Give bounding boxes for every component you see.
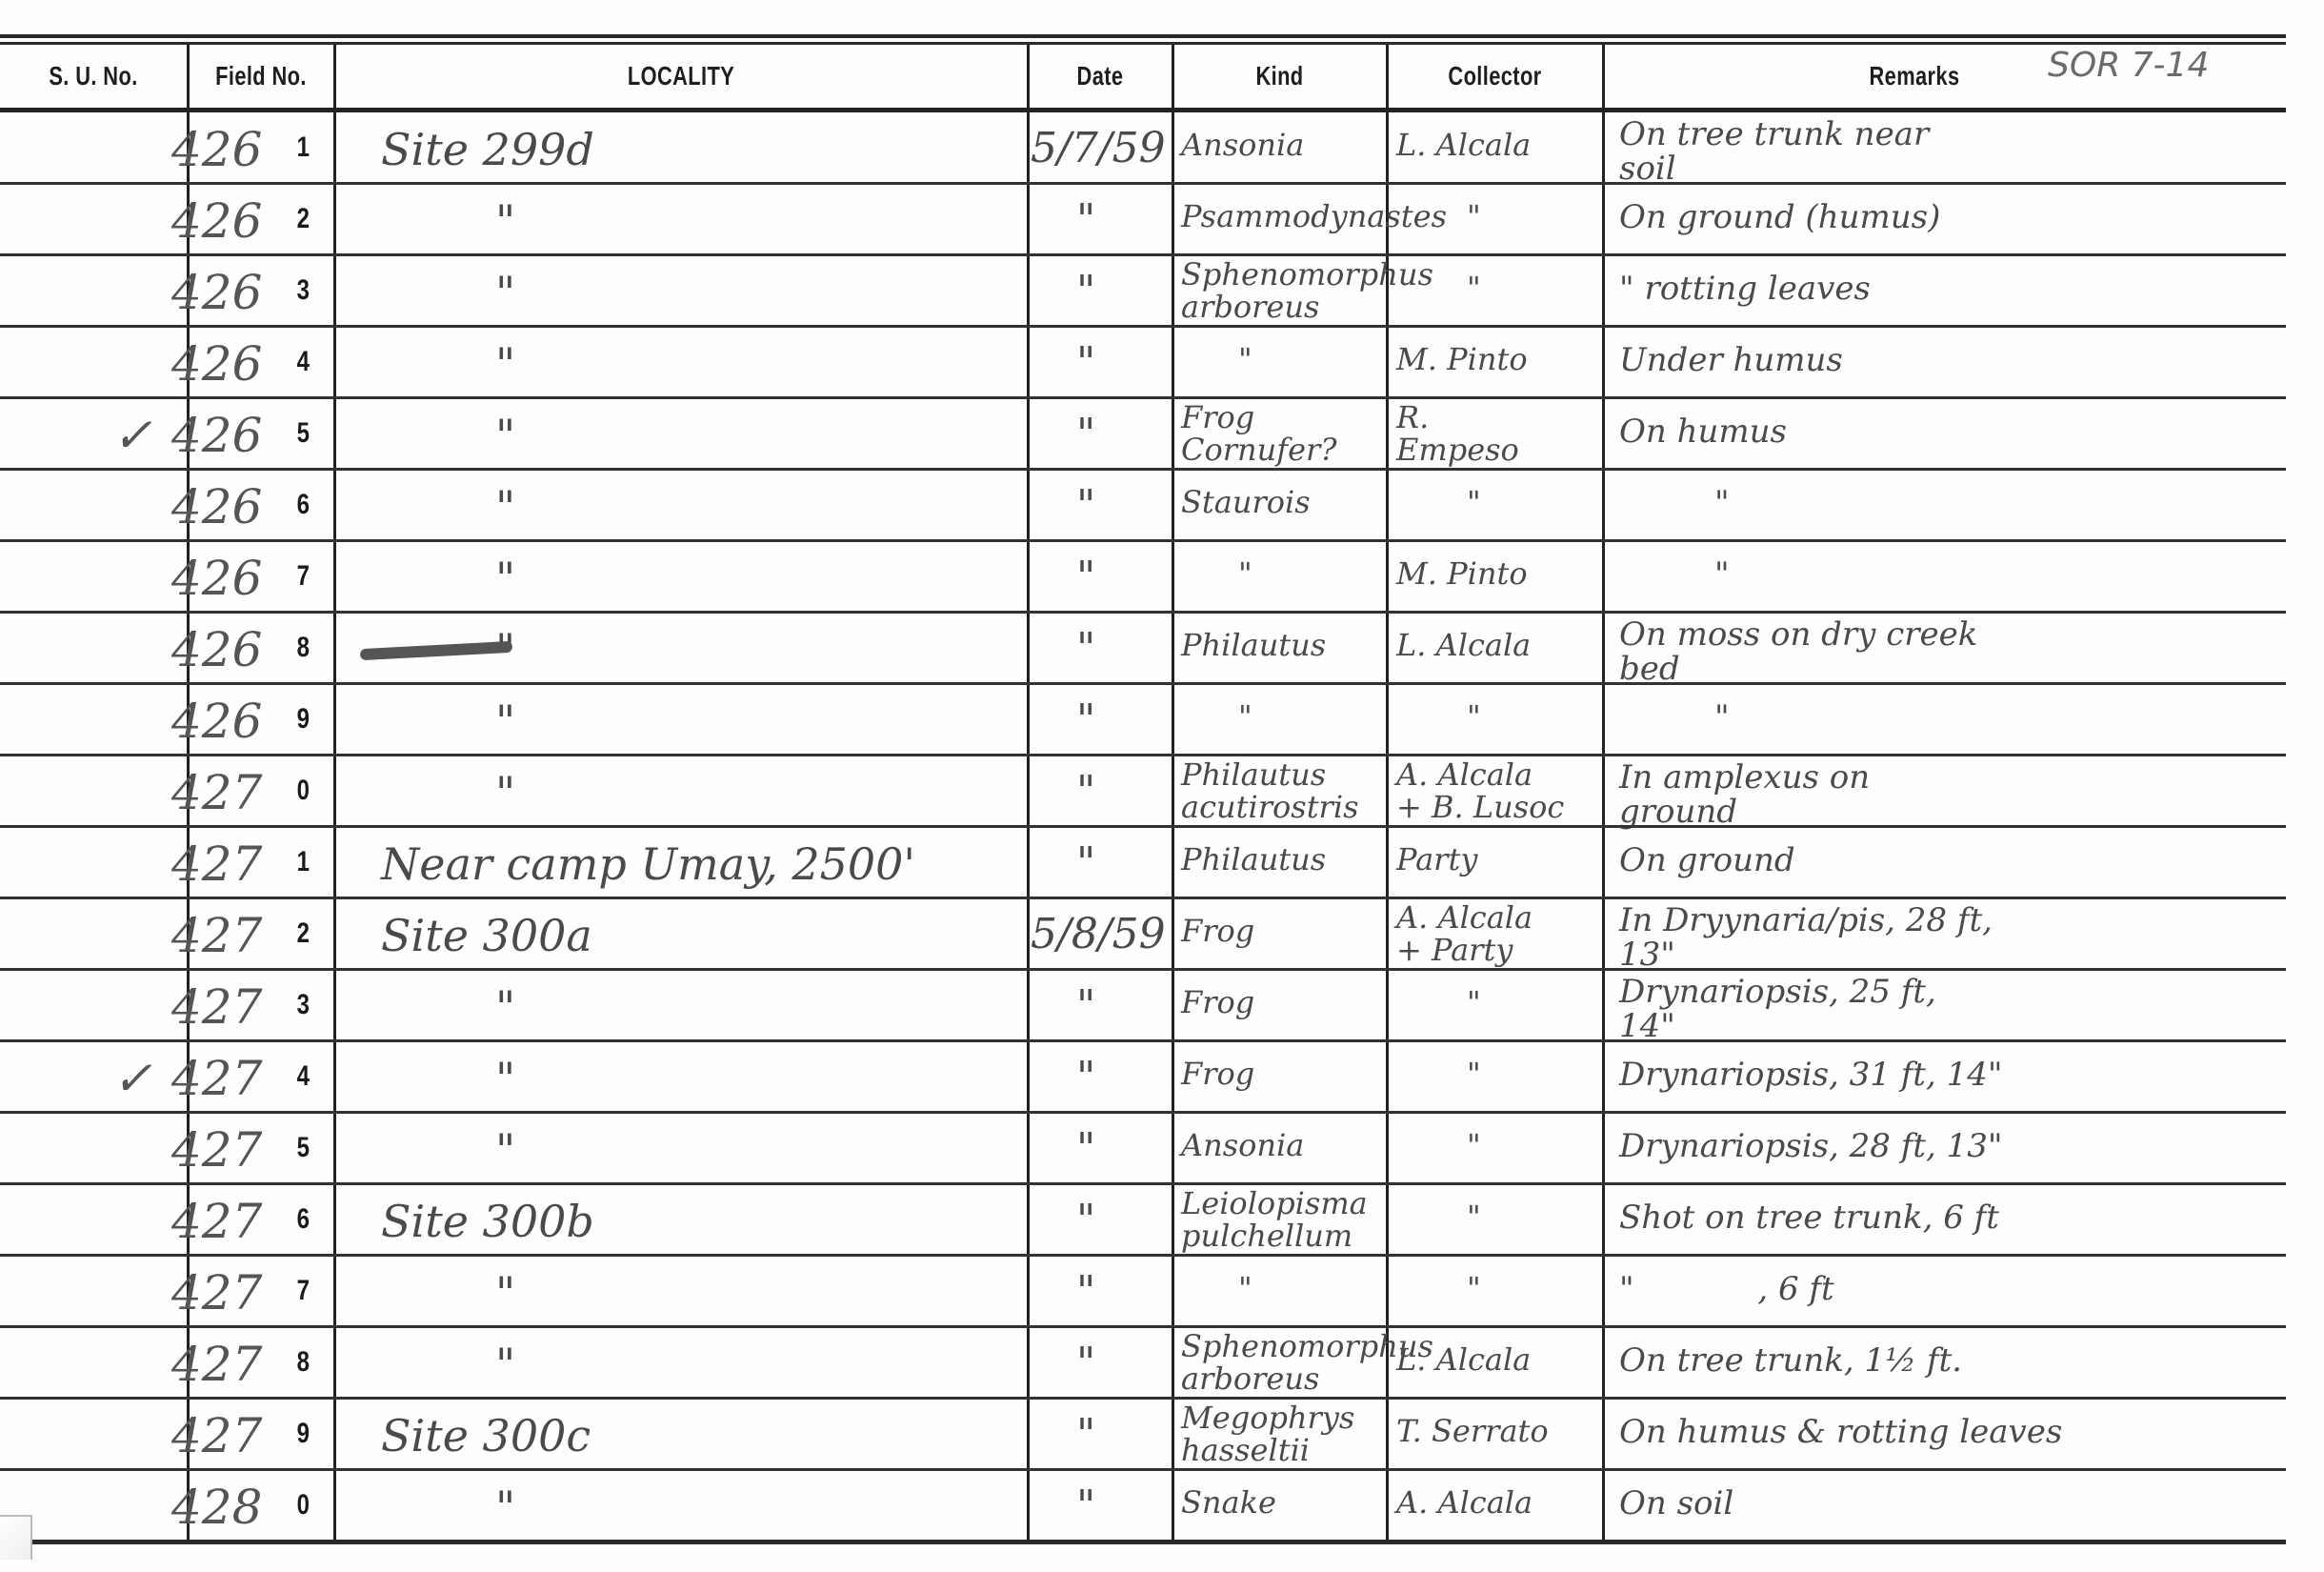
remarks-cell: On humus & rotting leaves: [1619, 1416, 2062, 1450]
su-number: 427: [171, 983, 262, 1031]
locality-cell: ": [495, 199, 515, 243]
row-rule: [0, 1397, 2286, 1400]
top-double-rule-inner: [0, 42, 2286, 45]
collector-cell: ": [1467, 1058, 1481, 1091]
remarks-cell: ": [1714, 701, 1730, 736]
su-number: 427: [171, 769, 262, 816]
su-number: 426: [171, 626, 262, 674]
date-cell: ": [1076, 1485, 1095, 1527]
row-rule: [0, 539, 2286, 542]
kind-cell: Frog: [1181, 916, 1254, 948]
field-number: 7: [297, 1275, 310, 1307]
su-number: 427: [171, 1412, 262, 1460]
kind-cell: ": [1238, 558, 1252, 591]
collector-cell: L. Alcala: [1396, 1344, 1531, 1377]
row-rule: [0, 1254, 2286, 1257]
date-cell: ": [1076, 413, 1095, 455]
locality-cell: Site 299d: [381, 128, 594, 171]
date-cell: ": [1076, 985, 1095, 1027]
field-number: 3: [297, 989, 310, 1021]
remarks-cell: Drynariopsis, 31 ft, 14": [1619, 1058, 2002, 1093]
kind-cell: ": [1238, 344, 1252, 376]
locality-cell: ": [495, 699, 515, 743]
locality-cell: ": [495, 271, 515, 314]
locality-cell: ": [495, 556, 515, 600]
remarks-cell: ": [1714, 487, 1730, 521]
field-number: 6: [297, 489, 310, 521]
folded-corner: [0, 1515, 32, 1560]
header-locality: LOCALITY: [411, 48, 951, 105]
collector-cell: T. Serrato: [1396, 1416, 1549, 1448]
remarks-cell: On humus: [1619, 415, 1787, 450]
su-number: 426: [171, 126, 262, 173]
kind-cell: Philautus acutirostris: [1181, 759, 1359, 823]
header-remarks: Remarks: [1825, 48, 2003, 105]
field-number: 6: [297, 1203, 310, 1236]
row-rule: [0, 1111, 2286, 1114]
locality-cell: Site 300c: [381, 1414, 591, 1458]
collector-cell: ": [1467, 987, 1481, 1019]
su-number: 427: [171, 1198, 262, 1245]
su-number: 426: [171, 554, 262, 602]
row-rule: [0, 325, 2286, 328]
kind-cell: ": [1238, 1273, 1252, 1305]
handwritten-annotation: SOR 7-14: [2048, 46, 2209, 85]
kind-cell: Frog: [1181, 1058, 1254, 1091]
collector-cell: R. Empeso: [1396, 402, 1519, 466]
kind-cell: Philautus: [1181, 630, 1326, 662]
remarks-cell: On soil: [1619, 1487, 1733, 1522]
remarks-cell: Under humus: [1619, 344, 1843, 378]
locality-cell: ": [495, 485, 515, 529]
header-collector: Collector: [1412, 48, 1579, 105]
remarks-cell: " , 6 ft: [1619, 1273, 1834, 1307]
su-number: 427: [171, 912, 262, 959]
row-rule: [0, 396, 2286, 399]
field-number: 1: [297, 131, 310, 164]
locality-cell: ": [495, 771, 515, 815]
remarks-cell: On tree trunk near soil: [1619, 118, 1929, 186]
header-date: Date: [1045, 48, 1156, 105]
kind-cell: Megophrys hasseltii: [1181, 1402, 1354, 1466]
su-number: 427: [171, 1340, 262, 1388]
struck-out-text: [360, 641, 512, 660]
field-number: 1: [297, 846, 310, 878]
su-number: 426: [171, 697, 262, 745]
su-number: 426: [171, 340, 262, 388]
row-rule: [0, 1468, 2286, 1471]
bottom-rule: [29, 1540, 2286, 1544]
remarks-cell: ": [1714, 558, 1730, 593]
collector-cell: L. Alcala: [1396, 130, 1531, 162]
kind-cell: Sphenomorphus arboreus: [1181, 259, 1433, 323]
locality-cell: Site 300b: [381, 1199, 594, 1243]
header-kind: Kind: [1197, 48, 1363, 105]
su-number: 427: [171, 840, 262, 888]
locality-cell: ": [495, 342, 515, 386]
su-number: 426: [171, 269, 262, 316]
date-cell: ": [1076, 199, 1095, 241]
field-number: 0: [297, 1489, 310, 1522]
row-rule: [0, 682, 2286, 685]
collector-cell: ": [1467, 701, 1481, 734]
field-number: 2: [297, 917, 310, 950]
field-number: 7: [297, 560, 310, 593]
su-number: 427: [171, 1055, 262, 1102]
row-rule: [0, 897, 2286, 899]
row-rule: [0, 611, 2286, 614]
locality-cell: Near camp Umay, 2500': [381, 842, 915, 886]
row-rule: [0, 825, 2286, 828]
row-rule: [0, 182, 2286, 185]
collector-cell: L. Alcala: [1396, 630, 1531, 662]
remarks-cell: On ground: [1619, 844, 1795, 878]
remarks-cell: On moss on dry creek bed: [1619, 618, 1977, 686]
date-cell: ": [1076, 342, 1095, 384]
kind-cell: Frog Cornufer?: [1181, 402, 1337, 466]
row-rule: [0, 754, 2286, 756]
remarks-cell: " rotting leaves: [1619, 272, 1871, 307]
collector-cell: A. Alcala + Party: [1396, 902, 1533, 966]
collector-cell: ": [1467, 272, 1481, 305]
column-divider-collector-remarks: [1602, 45, 1605, 1542]
remarks-cell: In amplexus on ground: [1619, 761, 1870, 829]
row-rule: [0, 1039, 2286, 1042]
date-cell: ": [1076, 699, 1095, 741]
date-cell: ": [1076, 1199, 1095, 1241]
date-cell: ": [1076, 842, 1095, 884]
date-cell: ": [1076, 771, 1095, 813]
field-number: 8: [297, 1346, 310, 1379]
collector-cell: ": [1467, 487, 1481, 519]
date-cell: ": [1076, 1342, 1095, 1384]
su-prefix-check: ✓: [112, 412, 152, 459]
locality-cell: ": [495, 413, 515, 457]
su-number: 426: [171, 197, 262, 245]
field-number: 9: [297, 1418, 310, 1450]
locality-cell: ": [495, 1128, 515, 1172]
date-cell: ": [1076, 1057, 1095, 1098]
locality-cell: Site 300a: [381, 914, 592, 957]
row-rule: [0, 1182, 2286, 1185]
field-number: 2: [297, 203, 310, 235]
su-number: 427: [171, 1269, 262, 1317]
row-rule: [0, 253, 2286, 256]
row-rule: [0, 468, 2286, 471]
su-number: 427: [171, 1126, 262, 1174]
remarks-cell: On tree trunk, 1½ ft.: [1619, 1344, 1962, 1379]
kind-cell: Frog: [1181, 987, 1254, 1019]
field-catalog-sheet: S. U. No. Field No. LOCALITY Date Kind C…: [0, 0, 2286, 1572]
remarks-cell: Drynariopsis, 25 ft, 14": [1619, 976, 1936, 1043]
su-number: 428: [171, 1483, 262, 1531]
locality-cell: ": [495, 1485, 515, 1529]
field-number: 0: [297, 775, 310, 807]
date-cell: 5/7/59: [1031, 128, 1166, 170]
kind-cell: Ansonia: [1181, 130, 1304, 162]
field-number: 4: [297, 346, 310, 378]
field-number: 3: [297, 274, 310, 307]
field-number: 4: [297, 1060, 310, 1093]
remarks-cell: In Dryynaria/pis, 28 ft, 13": [1619, 904, 1993, 972]
date-cell: ": [1076, 271, 1095, 312]
collector-cell: Party: [1396, 844, 1477, 877]
field-number: 8: [297, 632, 310, 664]
collector-cell: ": [1467, 1201, 1481, 1234]
collector-cell: M. Pinto: [1396, 344, 1528, 376]
column-divider-locality-date: [1027, 45, 1030, 1542]
kind-cell: Psammodynastes: [1181, 201, 1447, 233]
kind-cell: Snake: [1181, 1487, 1276, 1520]
collector-cell: M. Pinto: [1396, 558, 1528, 591]
locality-cell: ": [495, 985, 515, 1029]
kind-cell: Philautus: [1181, 844, 1326, 877]
date-cell: ": [1076, 1271, 1095, 1313]
su-number: 426: [171, 412, 262, 459]
column-divider-field-locality: [333, 45, 336, 1542]
top-double-rule: [0, 34, 2286, 38]
row-rule: [0, 968, 2286, 971]
header-su-no: S. U. No.: [21, 48, 167, 105]
remarks-cell: Shot on tree trunk, 6 ft: [1619, 1201, 1999, 1236]
date-cell: ": [1076, 1128, 1095, 1170]
su-prefix-check: ✓: [112, 1055, 152, 1102]
date-cell: ": [1076, 556, 1095, 598]
kind-cell: Leiolopisma pulchellum: [1181, 1188, 1368, 1252]
collector-cell: ": [1467, 1130, 1481, 1162]
header-bottom-rule: [0, 108, 2286, 112]
date-cell: 5/8/59: [1031, 914, 1166, 956]
date-cell: ": [1076, 485, 1095, 527]
locality-cell: ": [495, 1057, 515, 1100]
kind-cell: Ansonia: [1181, 1130, 1304, 1162]
remarks-cell: Drynariopsis, 28 ft, 13": [1619, 1130, 2002, 1164]
column-divider-date-kind: [1172, 45, 1174, 1542]
field-number: 5: [297, 1132, 310, 1164]
collector-cell: A. Alcala: [1396, 1487, 1533, 1520]
locality-cell: ": [495, 1271, 515, 1315]
field-number: 9: [297, 703, 310, 736]
kind-cell: ": [1238, 701, 1252, 734]
date-cell: ": [1076, 1414, 1095, 1456]
locality-cell: ": [495, 1342, 515, 1386]
collector-cell: ": [1467, 1273, 1481, 1305]
header-field-no: Field No.: [205, 48, 318, 105]
date-cell: ": [1076, 628, 1095, 670]
collector-cell: A. Alcala + B. Lusoc: [1396, 759, 1564, 823]
row-rule: [0, 1325, 2286, 1328]
remarks-cell: On ground (humus): [1619, 201, 1940, 235]
field-number: 5: [297, 417, 310, 450]
collector-cell: ": [1467, 201, 1481, 233]
su-number: 426: [171, 483, 262, 531]
kind-cell: Staurois: [1181, 487, 1311, 519]
